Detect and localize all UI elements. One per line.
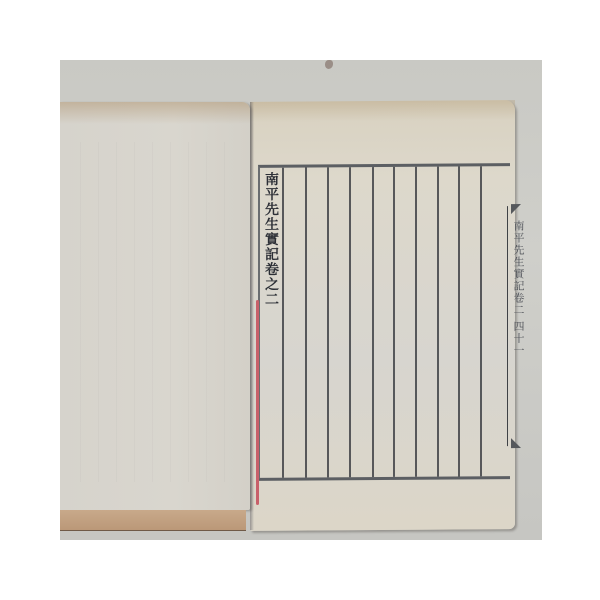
book-cover-edge [60,510,246,531]
show-through-text [80,142,240,482]
spine-shadow [250,102,254,530]
left-page [60,102,250,510]
column-rule [372,167,374,477]
column-rule [437,167,439,477]
column-rule [458,166,460,476]
page-stain [250,100,515,122]
page-stain [60,102,250,124]
book-photo: 南平先生實記卷之二 南平先生實記卷二 四十一 [60,60,542,540]
center-column-text: 南平先生實記卷二 四十一 [511,220,525,357]
column-rule [327,167,329,477]
binding-thread [256,300,259,505]
fold-center-column: 南平先生實記卷二 四十一 [507,206,530,446]
fishtail-mark-bottom [511,438,521,448]
background-speck [325,60,333,69]
column-rule [393,167,395,477]
column-rule [415,167,417,477]
column-rule [282,168,284,478]
right-page: 南平先生實記卷之二 南平先生實記卷二 四十一 [250,100,515,531]
column-rule [305,168,307,478]
printed-frame: 南平先生實記卷之二 南平先生實記卷二 四十一 [258,163,510,481]
column-rule [349,167,351,477]
column-rule [480,166,482,476]
fishtail-mark-top [511,204,521,214]
volume-title: 南平先生實記卷之二 [260,172,280,307]
